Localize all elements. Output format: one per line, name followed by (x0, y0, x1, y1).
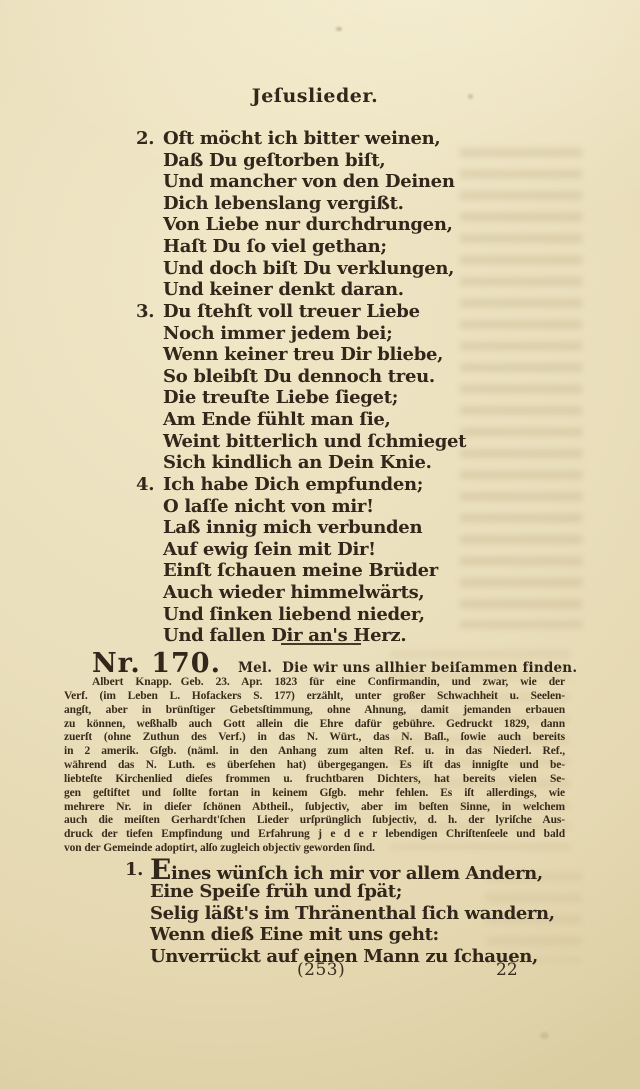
verse-line: Wenn dieß Eine mit uns geht: (150, 924, 555, 946)
stanza-number: 1. (125, 859, 143, 881)
annotation-text: Geb. 23. Apr. 1823 für eine Confirmandin… (181, 676, 565, 688)
verse-line: Daß Du geſtorben biſt, (163, 150, 455, 172)
annotation-line: zuerſt (ohne Zuthun des Verf.) in das N.… (64, 731, 565, 745)
section-divider (281, 643, 361, 645)
foxing-spot (540, 1032, 549, 1039)
verse-line: Und keiner denkt daran. (163, 279, 455, 301)
verse-line: Und doch biſt Du verklungen, (163, 258, 455, 280)
verse-line: So bleibſt Du dennoch treu. (163, 366, 466, 388)
annotation-line: druck der tiefen Empfindung und Erfahrun… (64, 828, 565, 842)
annotation-line: während das N. Luth. es überſehen hat) ü… (64, 759, 565, 773)
annotation-line: gen geſtiftet und ſollte fortan in keine… (64, 787, 565, 801)
foxing-spot (336, 27, 342, 31)
stanza-number: 4. (136, 474, 154, 496)
verse-line: Sich kindlich an Dein Knie. (163, 452, 466, 474)
stanza-2: 2. Oft möcht ich bitter weinen, Daß Du g… (163, 128, 455, 301)
verse-line: Einſt ſchauen meine Brüder (163, 560, 438, 582)
book-page: Jeſuslieder. 2. Oft möcht ich bitter wei… (0, 0, 640, 1089)
annotation-line: angſt, aber in brünſtiger Gebetsſtimmung… (64, 704, 565, 718)
annotation-line: in 2 amerik. Gſgb. (näml. in den Anhang … (64, 745, 565, 759)
stanza-number: 2. (136, 128, 154, 150)
verse-line: Haſt Du ſo viel gethan; (163, 236, 455, 258)
verse-line: Wenn keiner treu Dir bliebe, (163, 344, 466, 366)
verse-line: Auf ewig ſein mit Dir! (163, 539, 438, 561)
hymn-heading: Nr. 170. Mel.Die wir uns allhier beiſamm… (92, 648, 570, 679)
annotation-line: liebteſte Kirchenlied dieſes frommen u. … (64, 773, 565, 787)
annotation-line: mehrere Nr. in dieſer ſchönen Abtheil., … (64, 801, 565, 815)
signature-number: 22 (496, 960, 518, 980)
verse-line: Weint bitterlich und ſchmieget (163, 431, 466, 453)
verse-line: Die treuſte Liebe ſieget; (163, 387, 466, 409)
verse-line: Eines wünſch ich mir vor allem Andern, (150, 859, 555, 881)
annotation-author: Albert Knapp. (92, 676, 172, 688)
verse-line: Und ſinken liebend nieder, (163, 604, 438, 626)
verse-line: Und mancher von den Deinen (163, 171, 455, 193)
melody-title: Die wir uns allhier beiſammen finden. (282, 660, 577, 676)
verse-line: Selig läßt's im Thränenthal ſich wandern… (150, 903, 555, 925)
running-header: Jeſuslieder. (65, 85, 565, 107)
verse-line: Ich habe Dich empfunden; (163, 474, 438, 496)
verse-line: Noch immer jedem bei; (163, 323, 466, 345)
verse-line: Oft möcht ich bitter weinen, (163, 128, 455, 150)
verse-line: Am Ende fühlt man ſie, (163, 409, 466, 431)
melody-line: Mel.Die wir uns allhier beiſammen finden… (238, 660, 577, 676)
annotation-line: von der Gemeinde adoptirt, alſo zugleich… (64, 842, 565, 856)
verse-line: O laſſe nicht von mir! (163, 496, 438, 518)
stanza-1: 1. Eines wünſch ich mir vor allem Andern… (150, 859, 555, 968)
verse-line: Dich lebenslang vergißt. (163, 193, 455, 215)
verse-line: Auch wieder himmelwärts, (163, 582, 438, 604)
hymn-number: Nr. 170. (92, 648, 221, 679)
annotation-line: zu können, weßhalb auch Gott allein die … (64, 718, 565, 732)
verse-line: Laß innig mich verbunden (163, 517, 438, 539)
annotation-paragraph: Albert Knapp.Geb. 23. Apr. 1823 für eine… (64, 676, 565, 856)
verse-line: Von Liebe nur durchdrungen, (163, 214, 455, 236)
annotation-line: auch die meiſten Gerhardt'ſchen Lieder u… (64, 814, 565, 828)
stanza-3: 3. Du ſtehſt voll treuer Liebe Noch imme… (163, 301, 466, 474)
bleedthrough-texture (460, 148, 582, 628)
page-number: (253) (297, 960, 345, 980)
page-footer: (253) 22 (65, 960, 565, 984)
stanza-number: 3. (136, 301, 154, 323)
verse-line: Eine Speiſe früh und ſpät; (150, 881, 555, 903)
verse-line: Du ſtehſt voll treuer Liebe (163, 301, 466, 323)
annotation-line: Verf. (im Leben L. Hofackers S. 177) erz… (64, 690, 565, 704)
stanza-4: 4. Ich habe Dich empfunden; O laſſe nich… (163, 474, 438, 647)
melody-label: Mel. (238, 660, 272, 676)
annotation-line: Albert Knapp.Geb. 23. Apr. 1823 für eine… (64, 676, 565, 690)
